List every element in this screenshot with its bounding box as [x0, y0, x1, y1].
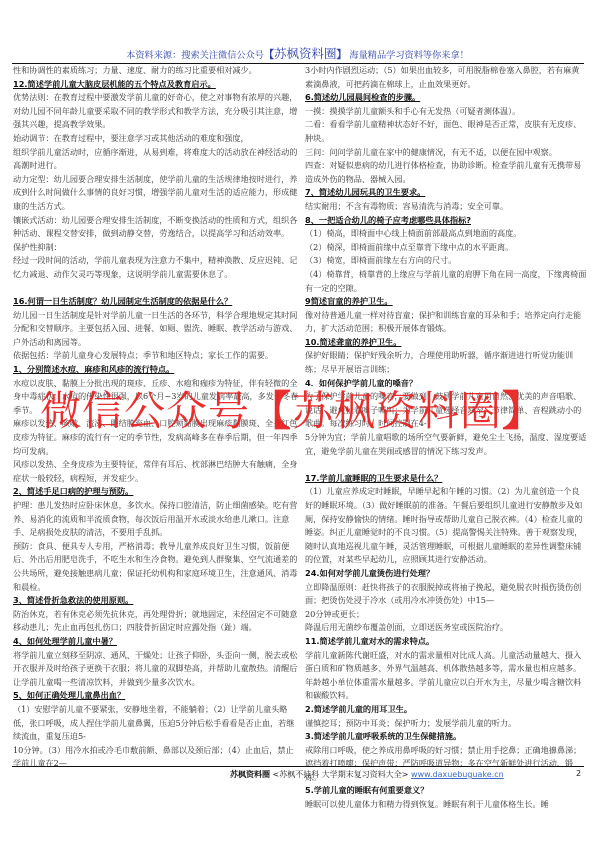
question-heading: 24.如何对学前儿童烫伤进行处理？: [305, 567, 587, 581]
paragraph: 二看：看看学前儿童精神状态好不好，面色、眼神是否正常，皮肤有无皮疹、肿块。: [305, 118, 587, 145]
question-heading: 5、如何正确处理儿童鼻出血？: [13, 689, 299, 703]
question-heading: 3.简述学前儿童呼吸系统的卫生保健措施。: [305, 730, 587, 744]
paragraph: 立即降温原则：赶快将孩子的衣服脱掉或将袖子挽起，避免脱衣时损伤烫伤创面；把烫伤处…: [305, 581, 587, 608]
paragraph: 优势法则：在教育过程中要激发学前儿童的好奇心，使之对事物有浓厚的兴趣，对幼儿园不…: [13, 91, 299, 132]
paragraph: 像对待普通儿童一样对待盲童；保护和训练盲童的耳朵和手；培养定向行走能力，扩大活动…: [305, 309, 587, 336]
spacer: [305, 458, 587, 472]
left-column: 性和协调性的素质练习；力量、速度、耐力的练习比重要相对减少。12.简述学前儿童大…: [13, 64, 299, 771]
paragraph: 麻疹以发热、咳嗽、流涕、眼结膜充血、口腔颊黏膜出现麻疹黏膜斑、全身红色皮疹为特征…: [13, 417, 299, 458]
paragraph: 20分钟或更长；: [305, 608, 587, 622]
question-heading: 1、分别简述水痘、麻疹和风疹的流行特点。: [13, 363, 299, 377]
paragraph: （1）安慰学前儿童不要紧张，安静地坐着，不能躺着；（2）让学前儿童头略低，张口呼…: [13, 703, 299, 744]
paragraph: 护理：患儿发热时应卧床休息，多饮水。保持口腔清洁，防止细菌感染。吃有营养、易消化…: [13, 499, 299, 540]
footer-subtitle: <苏枫不挂科 大学期末复习资料大全>: [270, 770, 411, 779]
paragraph: 镶嵌式活动：幼儿园要合理安排生活制度，不断变换活动的性质和方式，组织各种活动、课…: [13, 214, 299, 241]
paragraph: 始动调节：在教育过程中，要注意学习或其他活动的难度和强度，: [13, 132, 299, 146]
paragraph: （2）椅深，即椅面前缘中点至靠背下缘中点的水平距离。: [305, 241, 587, 255]
paragraph: 结实耐用；不含有毒物质；容易清洗与消毒；安全可靠。: [305, 200, 587, 214]
paragraph: 预防：食具、便具专人专用，严格消毒；教导儿童养成良好卫生习惯，饭前便后、外出后用…: [13, 540, 299, 594]
paragraph: 一摸：摸摸学前儿童额头和手心有无发热（可疑者测体温）。: [305, 105, 587, 119]
paragraph: （1）椅高，即椅面中心线上椅面前部最高点到地面的高度。: [305, 227, 587, 241]
question-heading: 12.简述学前儿童大脑皮层机能的五个特点及教育启示。: [13, 78, 299, 92]
paragraph: 保护好眼睛；保护好残余听力，合理使用助听器，循序渐进进行听觉功能训练；尽早开展语…: [305, 349, 587, 376]
paragraph: 降温后用无菌纱布覆盖创面，立即送医务室或医院治疗。: [305, 621, 587, 635]
footer-divider: [12, 766, 584, 767]
paragraph: 学前儿童新陈代谢旺盛，对水的需求量相对比成人高。儿童活动量越大、摄入蛋白质和矿物…: [305, 649, 587, 703]
question-heading: 4．如何保护学前儿童的嗓音？: [305, 377, 587, 391]
question-heading: 6.简述幼儿园晨间检查的步骤。: [305, 91, 587, 105]
question-heading: 11.简述学前儿童对水的需求特点。: [305, 635, 587, 649]
question-heading: 2.简述学前儿童的用耳卫生。: [305, 703, 587, 717]
paragraph: 幼儿园一日生活制度是针对学前儿童一日生活的各环节，科学合理地规定其时间分配和交替…: [13, 309, 299, 350]
paragraph: （3）椅宽，即椅面前缘左右方向的尺寸。: [305, 254, 587, 268]
footer-info: 苏枫资料圈 <苏枫不挂科 大学期末复习资料大全> www.daxuebuguak…: [230, 769, 504, 780]
paragraph: 为了保护学前儿童的嗓音，要做到：鼓励学前儿童用自然、优美的声音唱歌、说话，避免扯…: [305, 390, 587, 431]
question-heading: 2、简述手足口病的护理与预防。: [13, 485, 299, 499]
footer-website-link[interactable]: www.daxuebuguake.cn: [411, 770, 504, 779]
question-heading: 3、简述骨折急救法的使用原则。: [13, 594, 299, 608]
paragraph: （1）儿童应养成定时睡眠，早睡早起和午睡的习惯。（2）为儿童创造一个良好的睡眠环…: [305, 485, 587, 567]
paragraph: 依据包括：学前儿童身心发展特点；季节和地区特点；家长工作的需要。: [13, 349, 299, 363]
header-bracket-open: 【: [264, 50, 274, 61]
header-prefix: 本资料来源：搜索关注微信公众号: [126, 50, 264, 61]
right-column: 3小时内作剧烈运动；（5）如果出血较多，可用脱脂棉卷塞入鼻腔，若有麻黄素滴鼻液，…: [305, 64, 587, 812]
paragraph: 性和协调性的素质练习；力量、速度、耐力的练习比重要相对减少。: [13, 64, 299, 78]
paragraph: 3小时内作剧烈运动；（5）如果出血较多，可用脱脂棉卷塞入鼻腔，若有麻黄素滴鼻液，…: [305, 64, 587, 91]
question-heading: 7、简述幼儿园玩具的卫生要求。: [305, 186, 587, 200]
paragraph: 经过一段时间的活动，学前儿童表现为注意力不集中，精神涣散、反应迟钝、记忆力减退、…: [13, 254, 299, 281]
question-heading: 17.学前儿童睡眠的卫生要求是什么？: [305, 472, 587, 486]
paragraph: 风疹以发热、全身皮疹为主要特征，常伴有耳后、枕部淋巴结肿大有触痛，全身症状一般较…: [13, 458, 299, 485]
paragraph: 防治休克，若有休克必须先抗休克，再处理骨折；就地固定，未经固定不可随意移动患儿；…: [13, 608, 299, 635]
paragraph: 四查：对疑似患病的幼儿进行体格检查，协助诊断。检查学前儿童有无携带易造成外伤的物…: [305, 159, 587, 186]
paragraph: 水痘以皮肤、黏膜上分批出现的斑疹、丘疹、水疱和痂疹为特征，伴有轻微的全身中毒症状…: [13, 377, 299, 418]
question-heading: 5.学前儿童的睡眠有何重要意义？: [305, 784, 587, 798]
paragraph: 三问：问问学前儿童在家中的健康情况，有无不适，以便在园中观察。: [305, 146, 587, 160]
spacer: [13, 282, 299, 296]
paragraph: 动力定型：幼儿园要合理安排生活制度，使学前儿童的生活规律地按时进行，养成到什么时…: [13, 173, 299, 214]
header-suffix: 海量精品学习资料等你来拿！: [349, 50, 468, 61]
question-heading: 16.何谓一日生活制度？幼儿园制定生活制度的依据是什么？: [13, 295, 299, 309]
header-brand: 苏枫资料圈: [274, 46, 337, 61]
paragraph: 谨慎挖耳；预防中耳炎；保护听力；发展学前儿童的听力。: [305, 717, 587, 731]
footer-brand: 苏枫资料圈: [230, 770, 270, 779]
page-number: 2: [576, 769, 581, 778]
header-bracket-close: 】: [336, 50, 346, 61]
question-heading: 8、一把适合幼儿的椅子应考虑哪些具体指标?: [305, 214, 587, 228]
paragraph: 5分钟为宜；学前儿童唱歌的场所空气要新鲜，避免尘土飞扬，温度、湿度要适宜，避免学…: [305, 431, 587, 458]
paragraph: 组织学前儿童活动时，应循序渐进，从易到难，将难度大的活动放在神经活动的高潮时进行…: [13, 146, 299, 173]
question-heading: 10.简述聋童的养护卫生。: [305, 336, 587, 350]
paragraph: 睡眠可以使儿童体力和精力得到恢复。睡眠有利于儿童体格生长。睡: [305, 798, 587, 812]
paragraph: 将学前儿童立刻移至阴凉、通风、干燥处；让孩子仰卧，头歪向一侧，脱去或松开衣服并及…: [13, 649, 299, 690]
question-heading: 4、如何处理学前儿童中暑？: [13, 635, 299, 649]
paragraph: 保护性抑制：: [13, 241, 299, 255]
page-header: 本资料来源：搜索关注微信公众号【苏枫资料圈】 海量精品学习资料等你来拿！: [0, 44, 595, 62]
question-heading: 9简述盲童的养护卫生。: [305, 295, 587, 309]
paragraph: （4）椅靠背，椅靠背的上缘应与学前儿童的肩胛下角在同一高度，下缘离椅面有一定的空…: [305, 268, 587, 295]
